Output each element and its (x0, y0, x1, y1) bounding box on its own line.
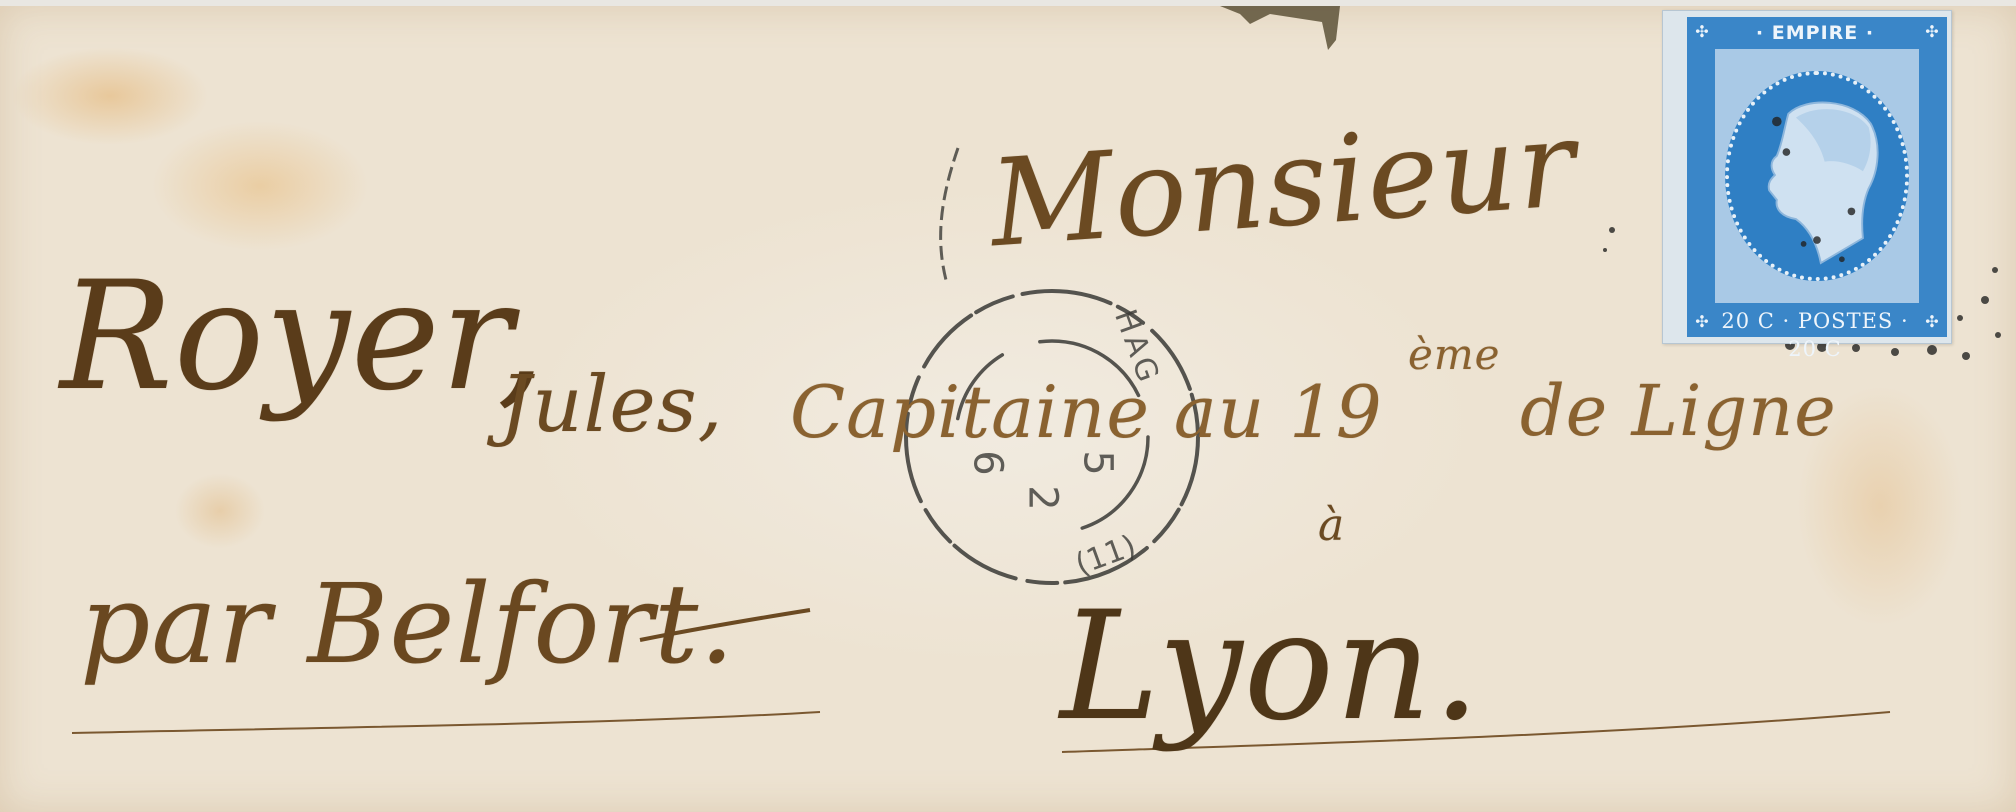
napoleon-profile-icon (1729, 75, 1905, 277)
stamp-corner-ornament-icon: ✣ (1921, 311, 1943, 333)
stamp-corner-ornament-icon: ✣ (1921, 21, 1943, 43)
ink-blot-top (1220, 6, 1340, 50)
addressee-name: Royer, (60, 250, 546, 424)
stamp-top-legend: · EMPIRE · FRANC · (1717, 19, 1913, 47)
underline-belfort (72, 712, 820, 733)
stamp-medallion (1725, 71, 1909, 281)
stamp-frame: ✣ ✣ ✣ ✣ · EMPIRE · FRANC · 20 C · POSTES… (1687, 17, 1947, 337)
addressee-first-name: Jules, (500, 360, 723, 450)
stamp-field (1715, 49, 1919, 303)
stamp-corner-ornament-icon: ✣ (1691, 311, 1713, 333)
postmark-date-digit-2: 5 (1075, 450, 1121, 475)
addressee-regiment: de Ligne (1520, 370, 1837, 452)
addressee-rank: Capitaine au 19 (790, 370, 1383, 454)
destination-prefix: à (1318, 500, 1345, 551)
postmark-date-digit-3: 2 (1020, 485, 1066, 510)
stamp-bottom-legend: 20 C · POSTES · 20 C (1717, 307, 1913, 335)
routing-instruction: par Belfort. (80, 560, 735, 688)
postage-stamp: ✣ ✣ ✣ ✣ · EMPIRE · FRANC · 20 C · POSTES… (1662, 10, 1952, 344)
destination-city: Lyon. (1060, 580, 1481, 754)
addressee-rank-superscript: ème (1408, 330, 1501, 379)
postmark-date-digit-1: 6 (965, 450, 1011, 475)
stamp-corner-ornament-icon: ✣ (1691, 21, 1713, 43)
